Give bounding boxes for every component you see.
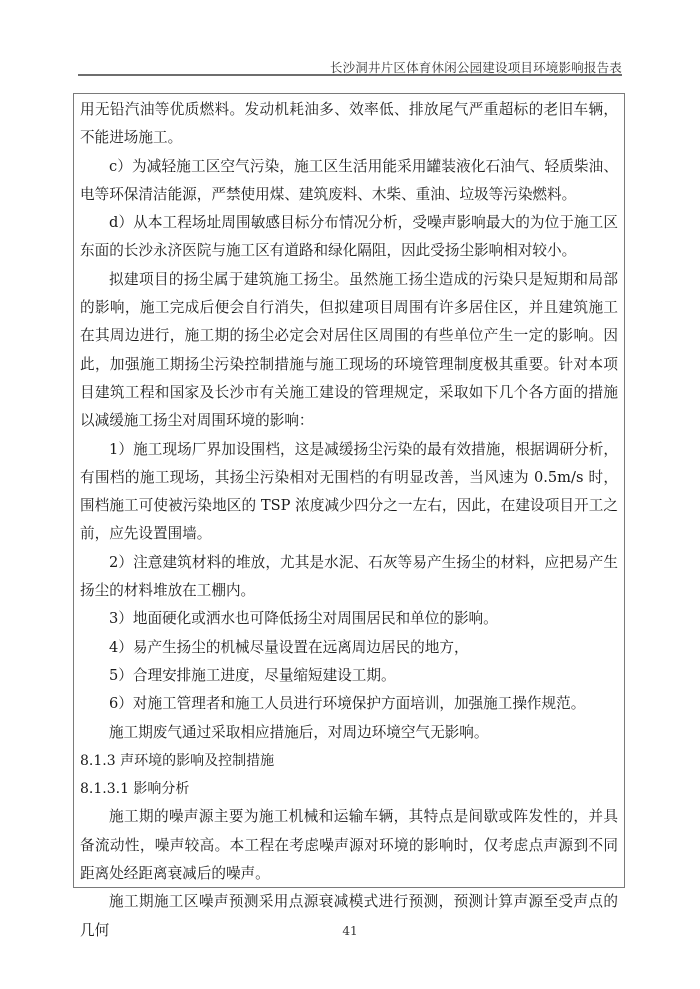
content-box: 用无铅汽油等优质燃料。发动机耗油多、效率低、排放尾气严重超标的老旧车辆，不能进场… [73,93,625,888]
paragraph-measure-4: 4）易产生扬尘的机械尽量设置在远离周边居民的地方， [80,634,618,662]
paragraph-noise-sources: 施工期的噪声源主要为施工机械和运输车辆，其特点是间歇或阵发性的，并具备流动性，噪… [80,803,618,888]
paragraph-measure-6: 6）对施工管理者和施工人员进行环境保护方面培训，加强施工操作规范。 [80,690,618,718]
paragraph-measure-5: 5）合理安排施工进度，尽量缩短建设工期。 [80,662,618,690]
paragraph-exhaust-conclusion: 施工期废气通过采取相应措施后，对周边环境空气无影响。 [80,719,618,747]
paragraph-item-c: c）为减轻施工区空气污染，施工区生活用能采用罐装液化石油气、轻质柴油、电等环保清… [80,153,618,210]
paragraph-continuation: 用无铅汽油等优质燃料。发动机耗油多、效率低、排放尾气严重超标的老旧车辆，不能进场… [80,96,618,153]
section-heading-8-1-3-1: 8.1.3.1 影响分析 [80,775,618,803]
paragraph-dust-overview: 拟建项目的扬尘属于建筑施工扬尘。虽然施工扬尘造成的污染只是短期和局部的影响，施工… [80,266,618,436]
page-number: 41 [0,924,700,938]
section-heading-8-1-3: 8.1.3 声环境的影响及控制措施 [80,747,618,775]
header-rule [78,74,622,76]
paragraph-item-d: d）从本工程场址周围敏感目标分布情况分析，受噪声影响最大的为位于施工区东面的长沙… [80,209,618,266]
paragraph-measure-3: 3）地面硬化或洒水也可降低扬尘对周围居民和单位的影响。 [80,605,618,633]
paragraph-measure-2: 2）注意建筑材料的堆放，尤其是水泥、石灰等易产生扬尘的材料，应把易产生扬尘的材料… [80,549,618,606]
paragraph-measure-1: 1）施工现场厂界加设围档，这是减缓扬尘污染的最有效措施，根据调研分析，有围档的施… [80,436,618,549]
